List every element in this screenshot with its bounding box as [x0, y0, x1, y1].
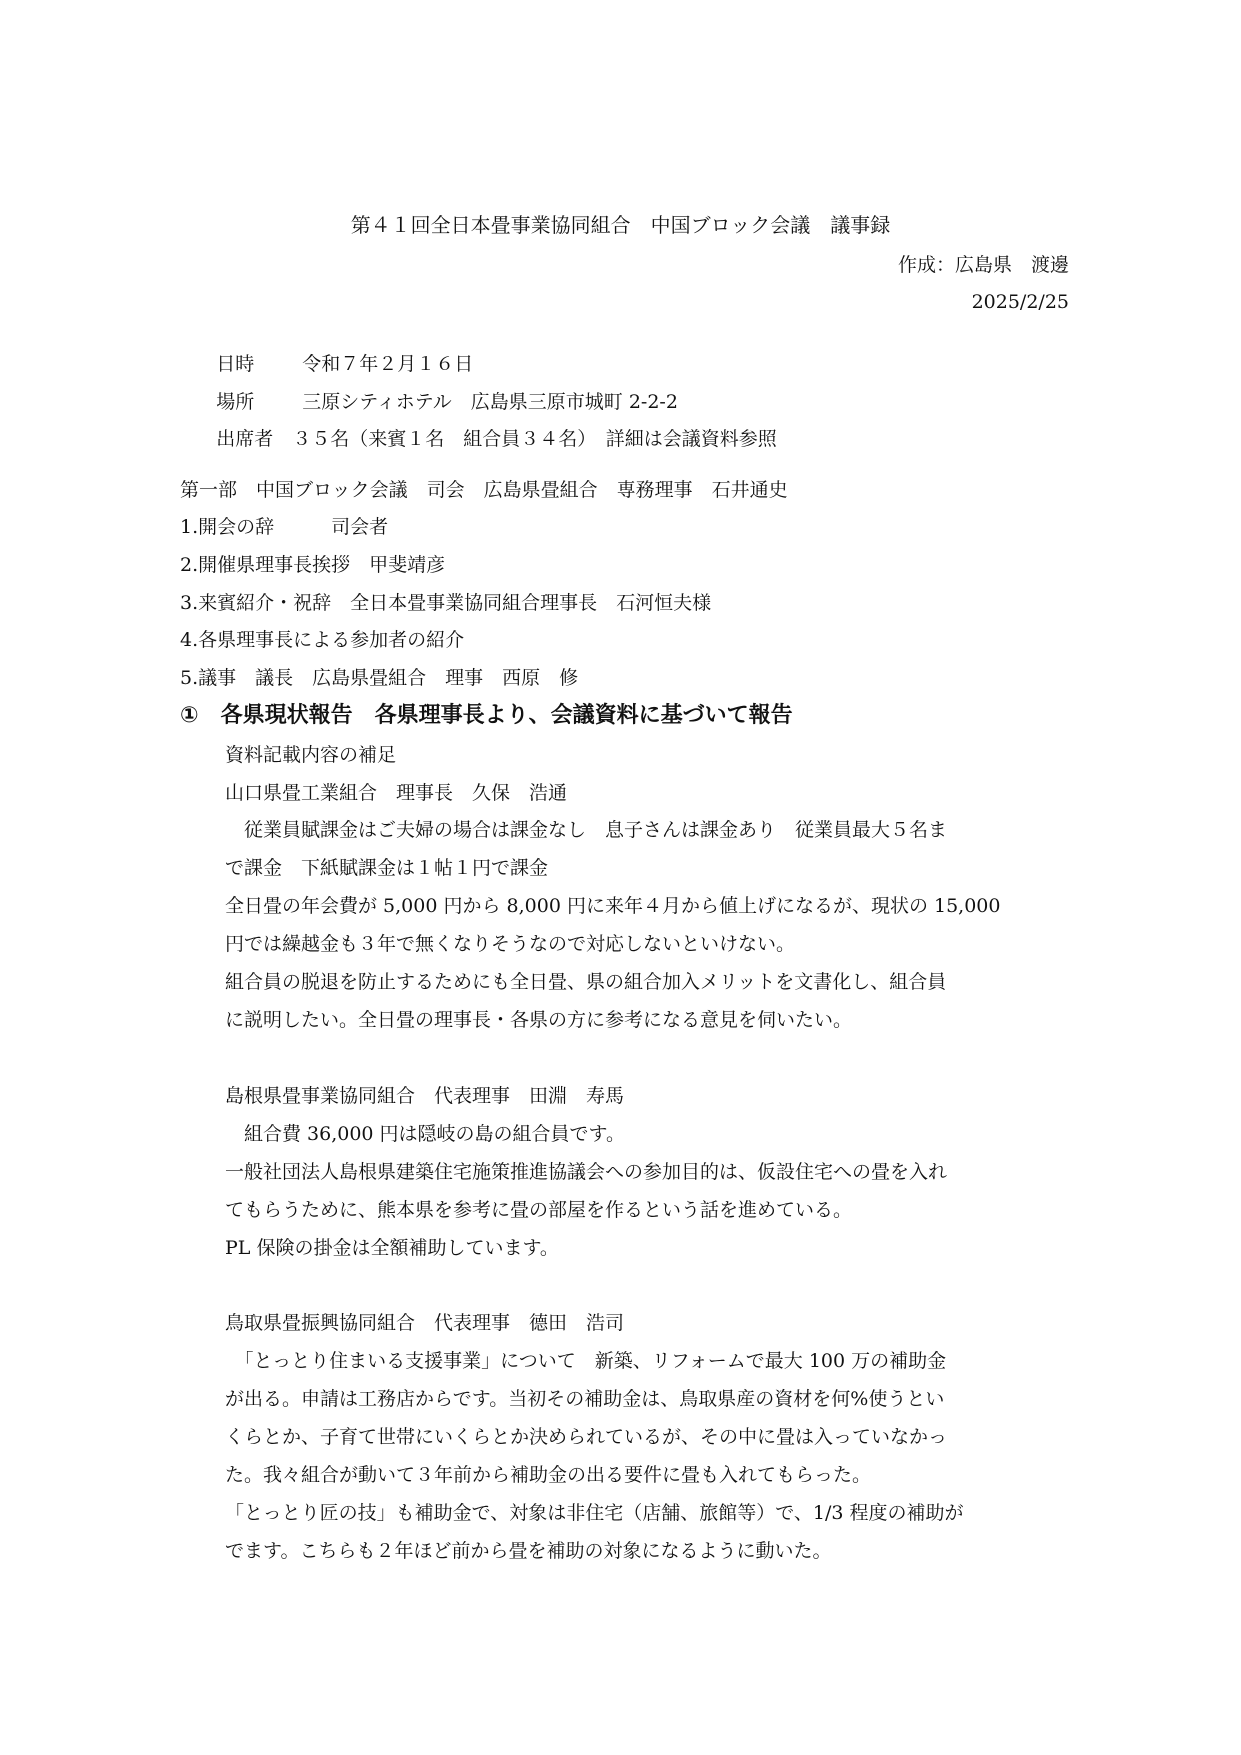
report-line: 組合費 36,000 円は隠岐の島の組合員です。 [225, 1122, 625, 1146]
agenda-item: 3.来賓紹介・祝辞 全日本畳事業協同組合理事長 石河恒夫様 [180, 591, 711, 615]
report-line: PL 保険の掛金は全額補助しています。 [225, 1236, 559, 1260]
report-line: くらとか、子育て世帯にいくらとか決められているが、その中に畳は入っていなかっ [225, 1425, 947, 1449]
report-speaker: 鳥取県畳振興協同組合 代表理事 德田 浩司 [225, 1311, 624, 1335]
report-line: でます。こちらも２年ほど前から畳を補助の対象になるように動いた。 [225, 1539, 831, 1563]
report-line: てもらうために、熊本県を参考に畳の部屋を作るという話を進めている。 [225, 1198, 852, 1222]
document-date: 2025/2/25 [972, 290, 1069, 314]
agenda-item: 4.各県理事長による参加者の紹介 [180, 628, 464, 652]
report-line: 組合員の脱退を防止するためにも全日畳、県の組合加入メリットを文書化し、組合員 [225, 970, 946, 994]
report-line: た。我々組合が動いて３年前から補助金の出る要件に畳も入れてもらった。 [225, 1463, 871, 1487]
section-subheading: 資料記載内容の補足 [225, 743, 396, 767]
part1-header: 第一部 中国ブロック会議 司会 広島県畳組合 専務理事 石井通史 [180, 478, 788, 502]
agenda-item: 5.議事 議長 広島県畳組合 理事 西原 修 [180, 666, 578, 690]
agenda-item: 2.開催県理事長挨拶 甲斐靖彦 [180, 553, 445, 577]
info-label: 出席者 [216, 427, 292, 451]
report-line: で課金 下紙賦課金は１帖１円で課金 [225, 856, 548, 880]
report-line: 従業員賦課金はご夫婦の場合は課金なし 息子さんは課金あり 従業員最大５名ま [225, 818, 947, 842]
report-speaker: 島根県畳事業協同組合 代表理事 田淵 寿馬 [225, 1084, 624, 1108]
info-value: ３５名（来賓１名 組合員３４名） 詳細は会議資料参照 [292, 428, 777, 450]
report-line: に説明したい。全日畳の理事長・各県の方に参考になる意見を伺いたい。 [225, 1008, 852, 1032]
report-line: 「とっとり住まいる支援事業」について 新築、リフォームで最大 100 万の補助金 [225, 1349, 946, 1373]
report-line: 「とっとり匠の技」も補助金で、対象は非住宅（店舗、旅館等）で、1/3 程度の補助… [225, 1501, 963, 1525]
agenda-item: 1.開会の辞 司会者 [180, 515, 388, 539]
info-row-attendees: 出席者３５名（来賓１名 組合員３４名） 詳細は会議資料参照 [180, 403, 777, 475]
document-title: 第４１回全日本畳事業協同組合 中国ブロック会議 議事録 [0, 213, 1241, 237]
report-line: が出る。申請は工務店からです。当初その補助金は、鳥取県産の資材を何%使うとい [225, 1387, 944, 1411]
report-line: 全日畳の年会費が 5,000 円から 8,000 円に来年４月から値上げになるが… [225, 894, 1000, 918]
section-heading: ① 各県現状報告 各県理事長より、会議資料に基づいて報告 [180, 704, 793, 728]
report-speaker: 山口県畳工業組合 理事長 久保 浩通 [225, 781, 567, 805]
author-line: 作成：広島県 渡邊 [898, 253, 1069, 277]
report-line: 円では繰越金も３年で無くなりそうなので対応しないといけない。 [225, 932, 795, 956]
report-line: 一般社団法人島根県建築住宅施策推進協議会への参加目的は、仮設住宅への畳を入れ [225, 1160, 947, 1184]
